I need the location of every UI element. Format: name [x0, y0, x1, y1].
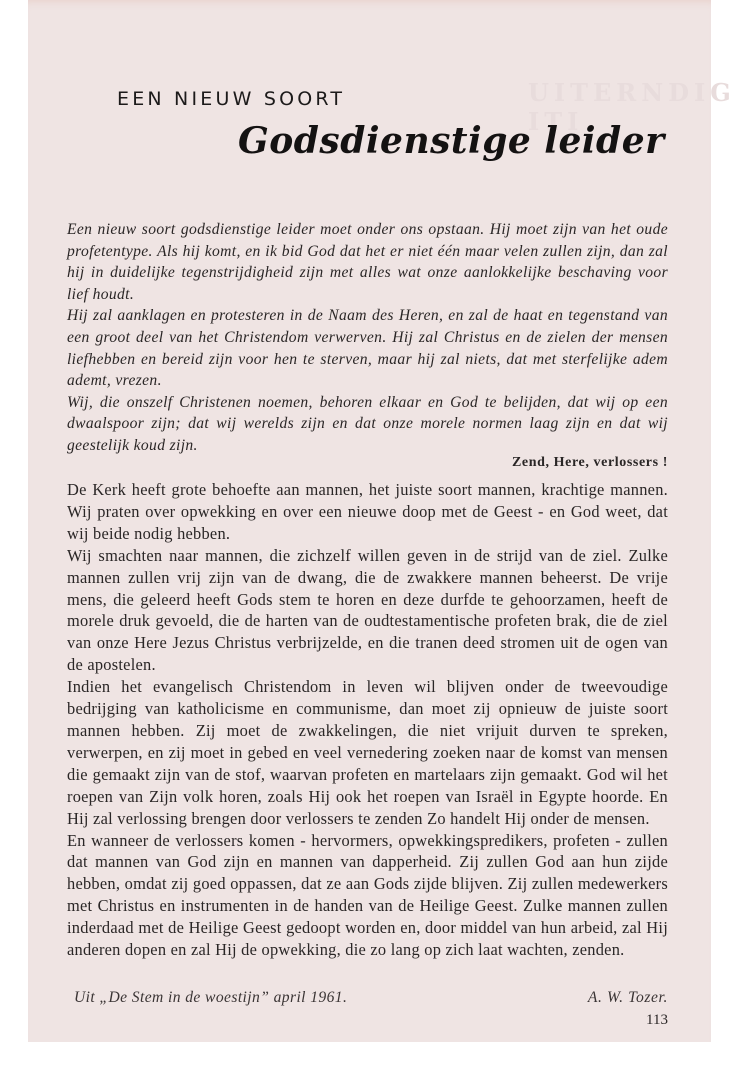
body-paragraph: Wij smachten naar mannen, die zichzelf w…: [67, 545, 668, 676]
intro-paragraph: Wij, die onszelf Christenen noemen, beho…: [67, 392, 668, 457]
page-number: 113: [646, 1012, 668, 1029]
author-signature: A. W. Tozer.: [588, 989, 668, 1007]
article-title: Godsdienstige leider: [238, 120, 665, 162]
body-paragraph: De Kerk heeft grote behoefte aan mannen,…: [67, 479, 668, 545]
intro-paragraph: Hij zal aanklagen en protesteren in de N…: [67, 305, 668, 391]
source-citation: Uit „De Stem in de woestijn” april 1961.: [74, 989, 347, 1007]
article-kicker: EEN NIEUW SOORT: [117, 88, 345, 110]
body-section: De Kerk heeft grote behoefte aan mannen,…: [67, 479, 668, 961]
intro-section: Een nieuw soort godsdienstige leider moe…: [67, 219, 668, 457]
body-paragraph: En wanneer de verlossers komen - hervorm…: [67, 830, 668, 961]
intro-paragraph: Een nieuw soort godsdienstige leider moe…: [67, 219, 668, 305]
motto-heading: Zend, Here, verlossers !: [512, 455, 668, 471]
body-paragraph: Indien het evangelisch Christendom in le…: [67, 676, 668, 829]
